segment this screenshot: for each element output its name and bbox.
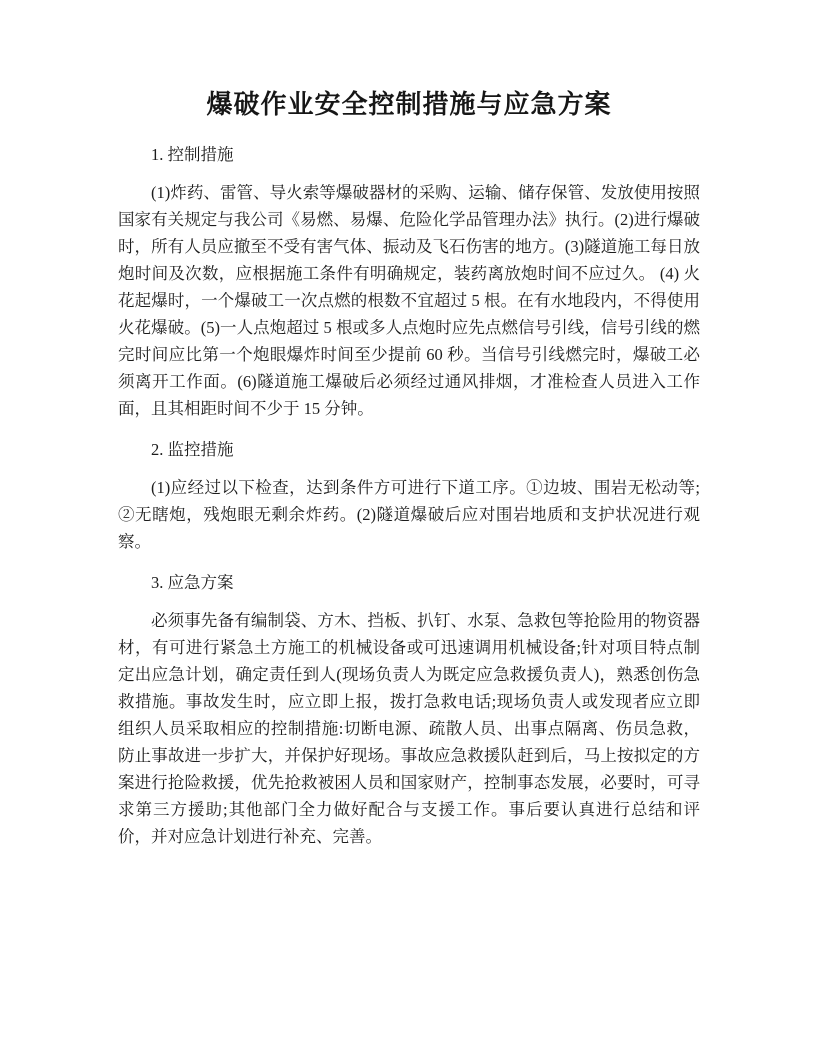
section-1-heading: 1. 控制措施 <box>118 141 700 168</box>
section-3-paragraph: 必须事先备有编制袋、方木、挡板、扒钉、水泵、急救包等抢险用的物资器材，有可进行紧… <box>118 607 700 850</box>
section-3-heading: 3. 应急方案 <box>118 569 700 596</box>
document-title: 爆破作业安全控制措施与应急方案 <box>118 88 700 122</box>
section-2-paragraph: (1)应经过以下检查，达到条件方可进行下道工序。①边坡、围岩无松动等;②无瞎炮，… <box>118 474 700 555</box>
section-2-heading: 2. 监控措施 <box>118 436 700 463</box>
section-1-paragraph: (1)炸药、雷管、导火索等爆破器材的采购、运输、储存保管、发放使用按照国家有关规… <box>118 179 700 422</box>
document-page: 爆破作业安全控制措施与应急方案 1. 控制措施 (1)炸药、雷管、导火索等爆破器… <box>0 0 816 1056</box>
